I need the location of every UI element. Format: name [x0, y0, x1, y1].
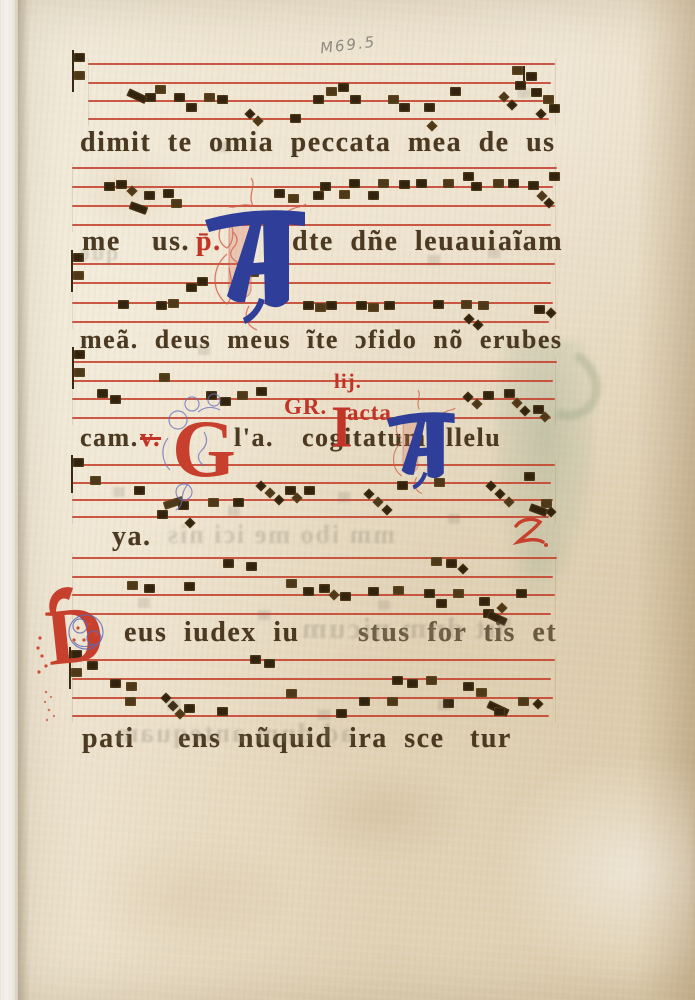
neume-square — [339, 190, 350, 199]
lyric-segment: aĩam — [498, 226, 563, 258]
neume-diamond — [471, 398, 482, 409]
staff-line — [72, 167, 557, 169]
neume-square — [90, 476, 101, 485]
neume-square — [350, 95, 361, 104]
neume-square — [144, 584, 155, 593]
staff-line — [88, 63, 555, 65]
neume-square — [313, 191, 324, 200]
lyric-segment: ya. — [112, 521, 152, 553]
right-edge-darkening — [635, 0, 695, 1000]
neume-square — [384, 301, 395, 310]
illuminated-initial-a-small — [384, 386, 456, 498]
neume-square — [303, 587, 314, 596]
neume-square — [461, 300, 472, 309]
neume-square — [463, 172, 474, 181]
showthrough-text: ad dnm antequam — [114, 718, 354, 749]
showthrough-neume — [218, 142, 230, 152]
staff-line — [88, 118, 549, 120]
neume-square — [144, 191, 155, 200]
blue-letter-a — [205, 210, 305, 324]
neume-square — [264, 659, 275, 668]
lyric-segment: us. — [152, 226, 190, 258]
neume-square — [125, 697, 136, 706]
rubric-text: lij. — [334, 369, 362, 394]
neume-square — [479, 597, 490, 606]
neume-square — [134, 486, 145, 495]
lyric-segment: meã. deus meus ĩte ɔfido nõ erubes — [80, 325, 562, 355]
rubric-initial-i: I — [331, 397, 352, 456]
neume-square — [320, 182, 331, 191]
neume-square — [526, 72, 537, 81]
neume-square — [483, 391, 494, 400]
staff-line — [72, 697, 553, 699]
showthrough-text: que — [78, 240, 118, 266]
neume-square — [290, 114, 301, 123]
neume-square — [387, 697, 398, 706]
neume-square — [399, 103, 410, 112]
margin-rule — [72, 163, 73, 232]
neume-square — [516, 589, 527, 598]
blue-letter-a — [387, 412, 455, 489]
neume-square — [286, 689, 297, 698]
showthrough-neume — [258, 610, 270, 620]
neume-square — [543, 95, 554, 104]
showthrough-neume — [318, 710, 330, 720]
neume-square — [246, 562, 257, 571]
neume-square — [349, 179, 360, 188]
neume-square — [388, 95, 399, 104]
neume-square — [223, 559, 234, 568]
showthrough-neume — [518, 88, 530, 98]
neume-square — [184, 582, 195, 591]
neume-square — [184, 704, 195, 713]
neume-square — [338, 83, 349, 92]
lyric-segment: dte dñe leuaui — [292, 226, 497, 258]
neume-square — [443, 179, 454, 188]
neume-diamond — [519, 405, 530, 416]
neume-square — [471, 182, 482, 191]
neume-diamond — [494, 488, 505, 499]
staff-line — [72, 361, 557, 363]
illuminated-initial-g: G — [158, 392, 250, 512]
lyric-segment: tur — [470, 723, 512, 755]
staff-line — [72, 516, 549, 518]
showthrough-text: ut dnm nicum — [300, 612, 504, 646]
neume-square — [73, 458, 84, 467]
showthrough-neume — [378, 600, 390, 610]
neume-square — [476, 688, 487, 697]
red-letter-d: D — [42, 589, 109, 678]
neume-square — [528, 181, 539, 190]
margin-rule — [555, 460, 556, 524]
neume-square — [104, 182, 115, 191]
staff-line — [72, 282, 551, 284]
neume-square — [399, 180, 410, 189]
neume-square — [116, 180, 127, 189]
neume-square — [336, 709, 347, 718]
neume-square — [424, 589, 435, 598]
neume-square — [217, 95, 228, 104]
neume-square — [359, 697, 370, 706]
margin-rule — [555, 59, 556, 126]
neume-square — [163, 189, 174, 198]
neume-square — [493, 179, 504, 188]
showthrough-neume — [438, 700, 450, 710]
neume-square — [315, 303, 326, 312]
white-veining — [478, 740, 695, 1000]
neume-square — [549, 172, 560, 181]
showthrough-neume — [428, 255, 440, 265]
gutter-shadow — [18, 0, 30, 1000]
staff-line — [88, 82, 551, 84]
neume-square — [256, 387, 267, 396]
margin-rule — [555, 259, 556, 329]
neume-square — [110, 679, 121, 688]
neume-square — [155, 85, 166, 94]
neume-diamond — [328, 589, 339, 600]
staff-line — [72, 715, 549, 717]
neume-square — [392, 676, 403, 685]
neume-square — [73, 271, 84, 280]
neume-square — [186, 103, 197, 112]
manuscript-photo: dimit te omia peccata mea de usmeus.p̄.d… — [0, 0, 695, 1000]
illuminated-initial-a-large — [201, 176, 307, 332]
brown-blotch — [300, 768, 460, 858]
staff-line — [72, 464, 555, 466]
neume-square — [326, 301, 337, 310]
rubric-text: GR. — [284, 394, 327, 420]
neume-square — [304, 486, 315, 495]
staff-line — [72, 557, 557, 559]
neume-square — [453, 589, 464, 598]
red-pen-marks — [42, 688, 62, 724]
neume-square — [74, 368, 85, 377]
lyric-segment: cam. — [80, 423, 139, 453]
shelfmark-inscription: M69.5 — [319, 33, 377, 58]
neume-diamond — [462, 391, 473, 402]
neume-square — [512, 66, 523, 75]
neume-square — [168, 299, 179, 308]
neume-diamond — [363, 488, 374, 499]
neume-square — [407, 679, 418, 688]
neume-square — [424, 103, 435, 112]
neume-diamond — [264, 487, 275, 498]
brown-blotch — [90, 838, 290, 958]
quire-mark — [510, 514, 550, 550]
neume-square — [446, 559, 457, 568]
manuscript-leaf: dimit te omia peccata mea de usmeus.p̄.d… — [18, 0, 695, 1000]
showthrough-text: mm ibo me ici nis — [166, 520, 395, 550]
staff-line — [72, 499, 553, 501]
staff-line — [72, 678, 551, 680]
showthrough-neume — [113, 487, 125, 497]
neume-square — [416, 179, 427, 188]
neume-square — [97, 389, 108, 398]
neume-square — [326, 87, 337, 96]
neume-square — [494, 707, 505, 716]
neume-square — [436, 599, 447, 608]
margin-rule — [555, 553, 556, 621]
neume-square — [431, 557, 442, 566]
neume-diamond — [457, 563, 468, 574]
neume-square — [159, 373, 170, 382]
neume-square — [549, 104, 560, 113]
showthrough-neume — [138, 598, 150, 608]
neume-square — [250, 655, 261, 664]
neume-square — [74, 53, 85, 62]
illuminated-initial-d: D — [36, 582, 132, 678]
neume-diamond — [381, 504, 392, 515]
margin-rule — [555, 357, 556, 425]
neume-square — [463, 682, 474, 691]
neume-square — [426, 676, 437, 685]
neume-square — [74, 71, 85, 80]
neume-square — [156, 301, 167, 310]
neume-square — [286, 579, 297, 588]
neume-square — [433, 300, 444, 309]
neume-square — [174, 93, 185, 102]
neume-square — [110, 395, 121, 404]
showthrough-neume — [498, 618, 510, 628]
neume-square — [450, 87, 461, 96]
staff-line — [72, 659, 555, 661]
showthrough-neume — [168, 700, 180, 710]
showthrough-neume — [198, 345, 210, 355]
neume-square — [340, 592, 351, 601]
showthrough-neume — [448, 514, 460, 524]
neume-diamond — [273, 494, 284, 505]
staff-line — [72, 263, 555, 265]
neume-square — [478, 301, 489, 310]
neume-square — [186, 283, 197, 292]
neume-square — [393, 586, 404, 595]
margin-rule — [555, 655, 556, 723]
neume-square — [368, 587, 379, 596]
neume-square — [319, 584, 330, 593]
neume-square — [518, 697, 529, 706]
neume-square — [313, 95, 324, 104]
neume-square — [356, 301, 367, 310]
neume-square — [118, 300, 129, 309]
neume-square — [508, 179, 519, 188]
showthrough-neume — [338, 492, 350, 502]
neume-square — [368, 303, 379, 312]
neume-square — [368, 191, 379, 200]
showthrough-neume — [488, 248, 500, 258]
staff-line — [72, 482, 551, 484]
neume-square — [378, 179, 389, 188]
neume-square — [524, 472, 535, 481]
lyric-segment: eus iudex iu — [124, 617, 300, 649]
neume-square — [171, 199, 182, 208]
staff-line — [72, 380, 553, 382]
neume-square — [504, 389, 515, 398]
neume-square — [531, 88, 542, 97]
neume-square — [126, 682, 137, 691]
lyric-segment: dimit te omia peccata mea de us — [80, 127, 556, 159]
staff-line — [72, 576, 553, 578]
neume-diamond — [532, 698, 543, 709]
red-letter-g: G — [172, 403, 236, 494]
binding-edge — [0, 0, 18, 1000]
neume-square — [204, 93, 215, 102]
margin-rule — [88, 59, 89, 126]
neume-square — [534, 305, 545, 314]
neume-square — [217, 707, 228, 716]
neume-oblique — [129, 201, 149, 215]
